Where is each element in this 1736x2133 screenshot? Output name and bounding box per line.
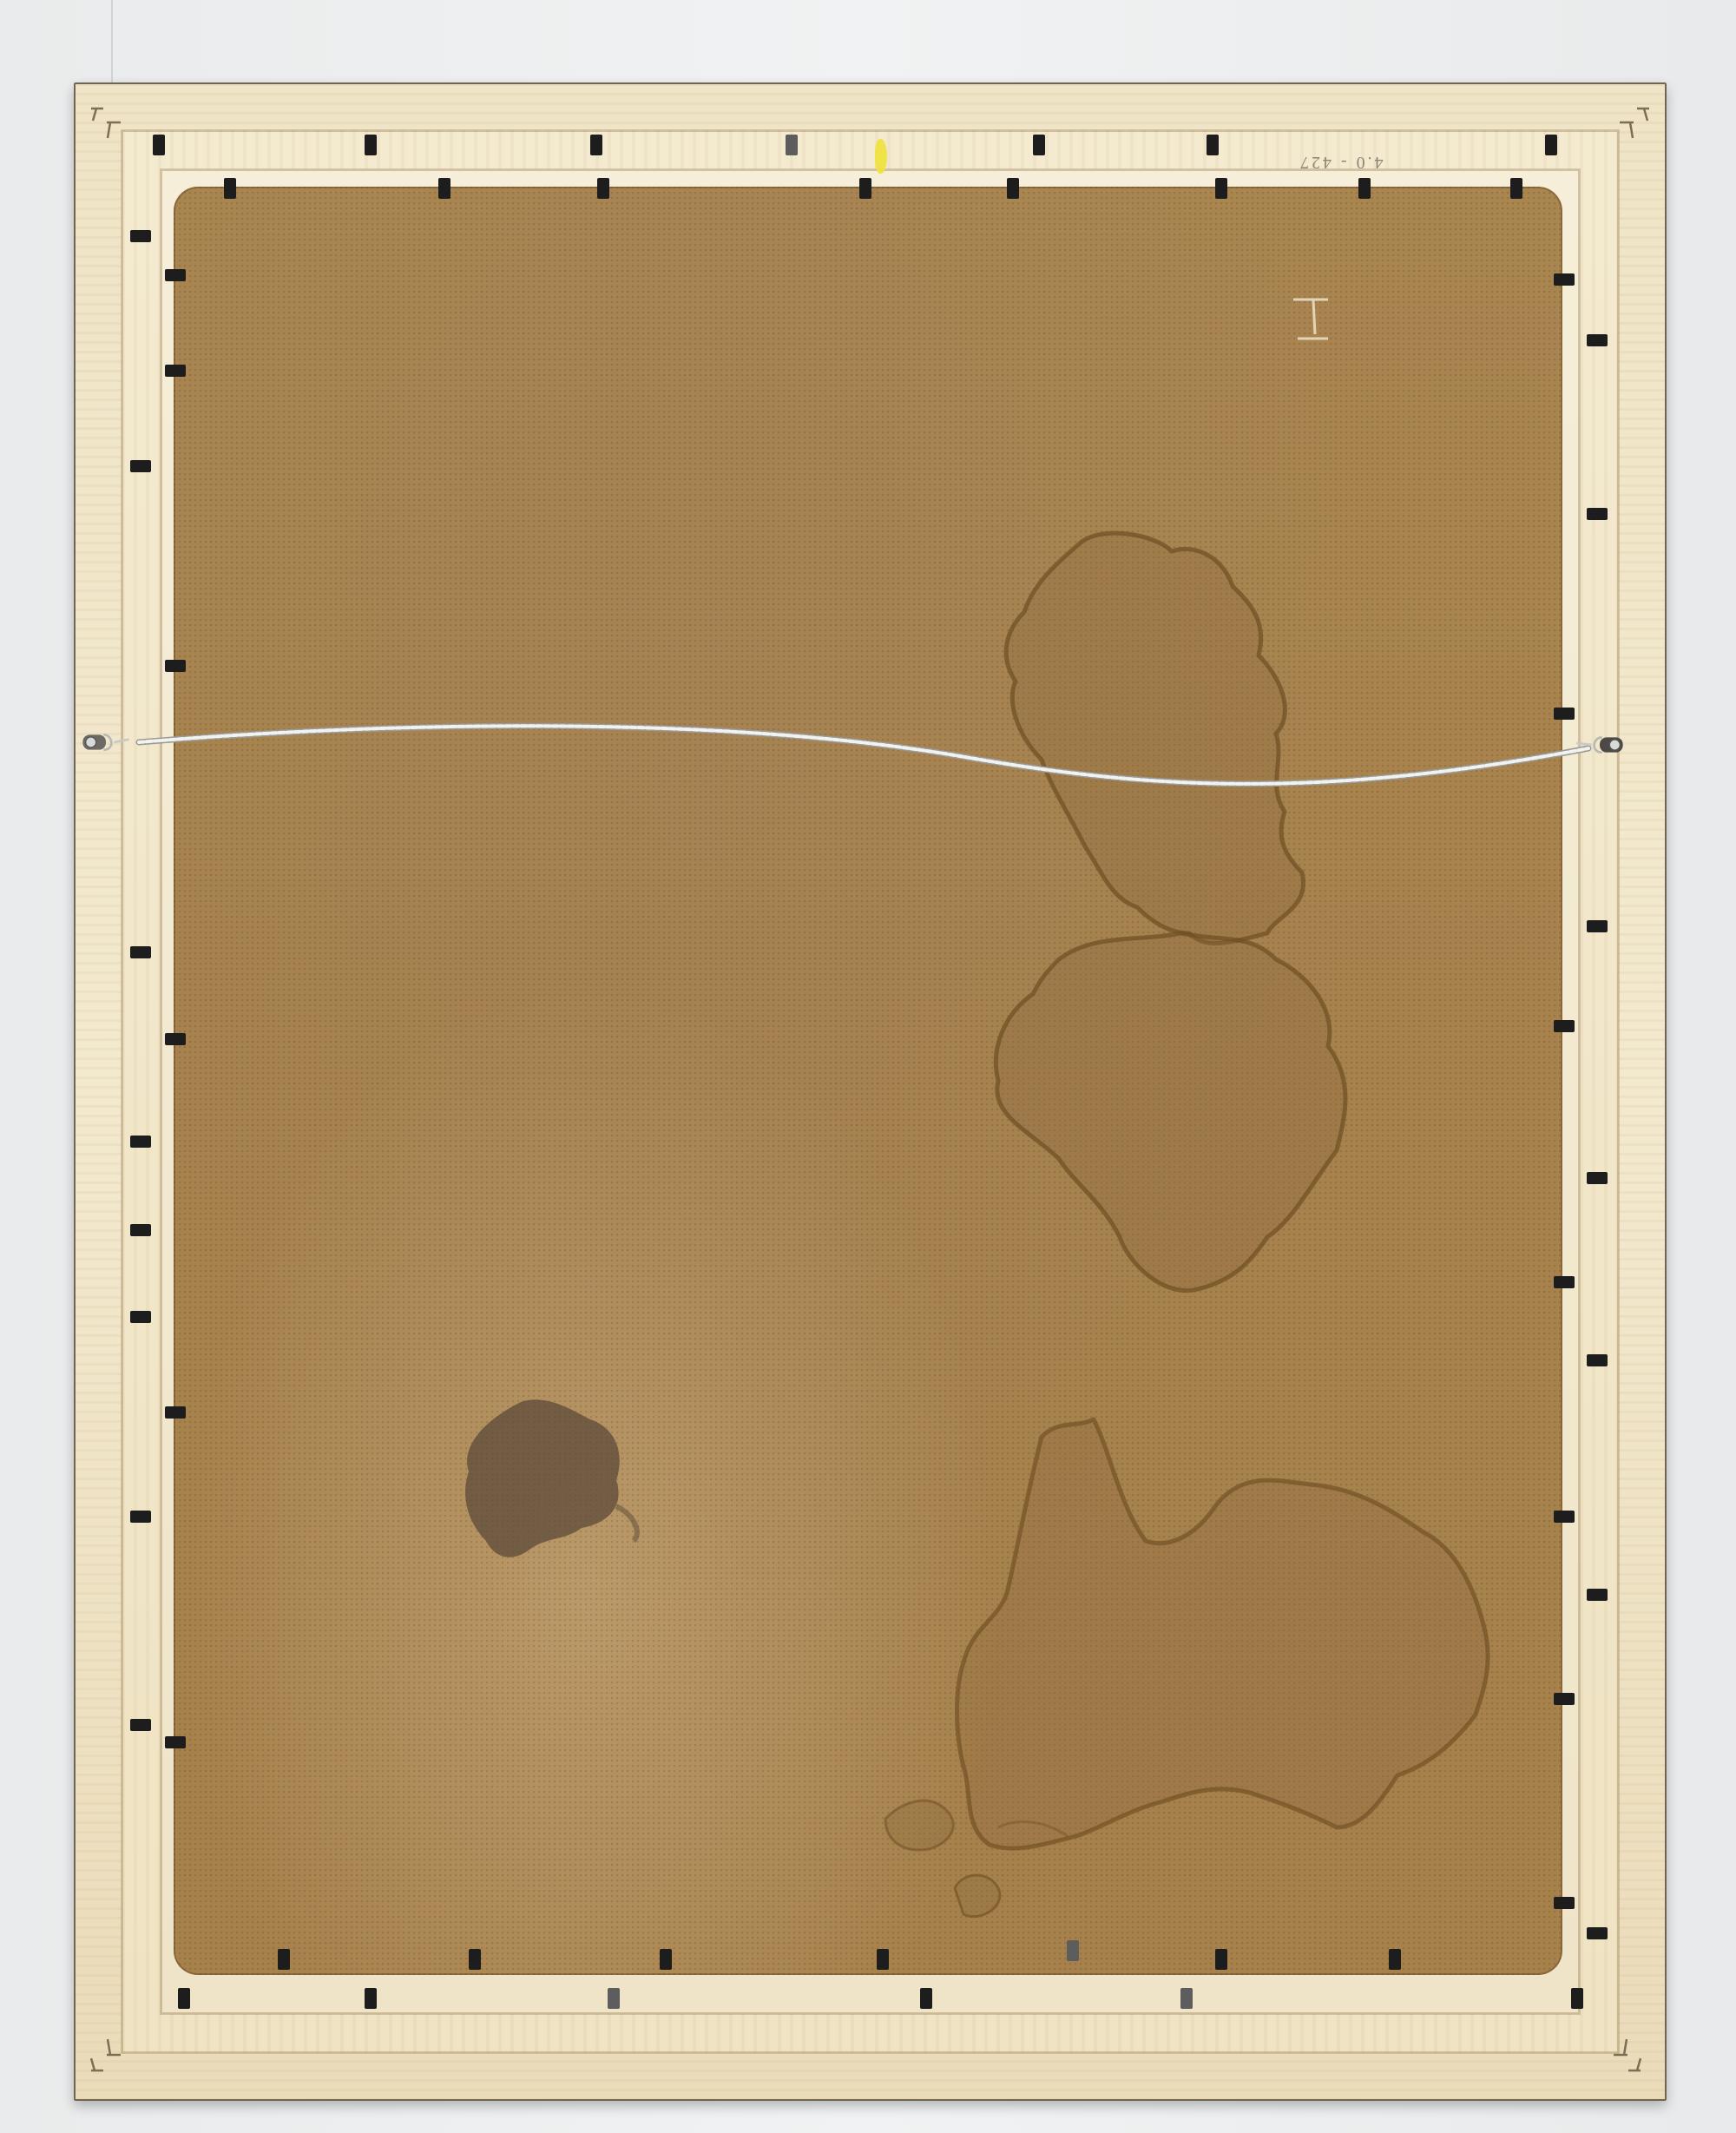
clip	[278, 1949, 290, 1970]
clip	[469, 1949, 481, 1970]
clip	[130, 1511, 151, 1523]
clip	[877, 1949, 889, 1970]
clip	[1554, 1693, 1575, 1705]
clip	[1389, 1949, 1401, 1970]
clip	[130, 1136, 151, 1148]
clip	[438, 178, 450, 199]
clip	[365, 1988, 377, 2009]
left-d-ring-hanger-icon	[78, 725, 130, 760]
hardboard-backing-panel	[174, 187, 1562, 1975]
clip	[153, 135, 165, 155]
yellow-paint-mark	[875, 139, 887, 174]
clip	[130, 1719, 151, 1731]
clip	[1587, 334, 1608, 346]
clip	[1587, 1927, 1608, 1939]
chalk-mark	[1289, 291, 1332, 352]
clip	[1545, 135, 1557, 155]
clip	[224, 178, 236, 199]
clip	[1554, 273, 1575, 286]
clip	[1587, 1354, 1608, 1366]
clip	[165, 365, 186, 377]
clip	[365, 135, 377, 155]
clip	[1587, 1589, 1608, 1601]
pencil-inscription: 4.0 - 427	[1298, 152, 1384, 172]
clip	[660, 1949, 672, 1970]
water-stain-bottom-small	[868, 1767, 1094, 1871]
clip	[597, 178, 609, 199]
water-stain-upper-right	[903, 525, 1493, 1393]
wall-seam	[111, 0, 113, 87]
right-d-ring-hanger-icon	[1575, 727, 1627, 762]
water-stain-lower-right	[929, 1402, 1588, 2010]
clip	[130, 1224, 151, 1236]
clip	[1554, 1511, 1575, 1523]
clip	[1215, 1949, 1227, 1970]
clip	[178, 1988, 190, 2009]
clip	[786, 135, 798, 155]
clip	[1587, 508, 1608, 520]
clip	[1554, 1276, 1575, 1288]
clip	[1215, 178, 1227, 199]
clip	[590, 135, 602, 155]
clip	[1554, 1897, 1575, 1909]
clip	[1067, 1940, 1079, 1961]
clip	[165, 1736, 186, 1748]
clip	[1554, 708, 1575, 720]
clip	[130, 230, 151, 242]
clip	[165, 1406, 186, 1419]
clip	[1587, 920, 1608, 932]
clip	[1554, 1020, 1575, 1032]
clip	[130, 460, 151, 472]
clip	[130, 946, 151, 958]
clip	[1510, 178, 1522, 199]
clip	[1007, 178, 1019, 199]
clip	[608, 1988, 620, 2009]
clip	[165, 1033, 186, 1045]
clip	[165, 660, 186, 672]
clip	[859, 178, 871, 199]
clip	[1587, 1172, 1608, 1184]
clip	[165, 269, 186, 281]
dark-spot-lower-left	[443, 1376, 651, 1584]
clip	[1207, 135, 1219, 155]
photo-scene: 4.0 - 427	[0, 0, 1736, 2133]
clip	[1358, 178, 1371, 199]
clip	[130, 1311, 151, 1323]
clip	[1033, 135, 1045, 155]
